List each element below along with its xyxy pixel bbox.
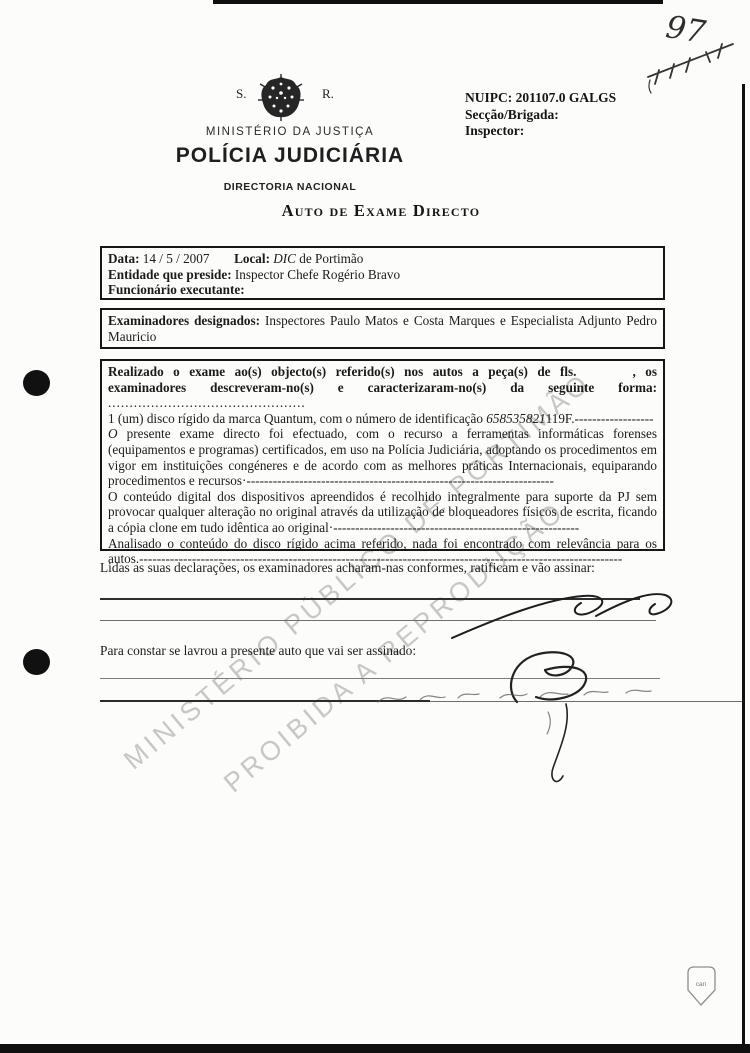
ratification-statement: Lidas as suas declarações, os examinador… <box>100 560 660 576</box>
object-dash-fill: ------------------ <box>575 411 654 426</box>
object-serial-italic: 658535821 <box>486 411 545 426</box>
location-label: Local: <box>234 251 270 266</box>
signature-line-2 <box>100 620 656 621</box>
examiners-line: Examinadores designados: Inspectores Pau… <box>108 313 657 344</box>
examiners-label: Examinadores designados: <box>108 313 260 328</box>
presiding-label: Entidade que preside: <box>108 267 232 282</box>
corner-stamp-icon: can <box>681 965 721 1009</box>
exam-description-box: Realizado o exame ao(s) objecto(s) refer… <box>100 359 665 551</box>
nuipc-field: NUIPC: 201107.0 GALGS <box>465 90 616 107</box>
scan-edge-bottom <box>0 1044 750 1053</box>
exam-intro-paragraph: Realizado o exame ao(s) objecto(s) refer… <box>108 364 657 411</box>
executor-label: Funcionário executante: <box>108 282 245 297</box>
exam-intro-dotted-fill: ........................................… <box>108 395 306 410</box>
exam-object-paragraph: 1 (um) disco rígido da marca Quantum, co… <box>108 411 657 427</box>
directorate-name: DIRECTORIA NACIONAL <box>140 181 440 193</box>
crest-row: S. R. <box>140 74 440 122</box>
coat-of-arms-icon <box>258 74 304 126</box>
exam-intro-bold-a: Realizado o exame ao(s) objecto(s) refer… <box>108 364 576 379</box>
closing-statement: Para constar se lavrou a presente auto q… <box>100 643 660 659</box>
scan-edge-top <box>213 0 663 4</box>
presiding-value: Inspector Chefe Rogério Bravo <box>235 267 400 282</box>
date-value: 14 / 5 / 2007 <box>143 251 210 266</box>
hole-punch-bottom <box>23 649 50 675</box>
signature-line-4-light <box>430 701 742 702</box>
hole-punch-top <box>23 370 50 396</box>
date-location-line: Data: 14 / 5 / 2007 Local: DIC de Portim… <box>108 251 657 267</box>
scan-edge-right <box>742 84 745 1046</box>
signature-line-4-dark <box>100 700 430 702</box>
exam-procedure-paragraph: O conteúdo digital dos dispositivos apre… <box>108 489 657 536</box>
organization-name: POLÍCIA JUDICIÁRIA <box>140 144 440 168</box>
location-abbr: DIC <box>273 251 296 266</box>
inspector-field: Inspector: <box>465 123 616 140</box>
method-lead: O <box>108 426 118 441</box>
section-brigade-field: Secção/Brigada: <box>465 107 616 124</box>
presiding-line: Entidade que preside: Inspector Chefe Ro… <box>108 267 657 283</box>
scanned-document-page: MINISTÉRIO PÚBLICO DE PORTIMÃO PROIBIDA … <box>0 0 750 1053</box>
document-header: S. R. MINISTÉRIO DA <box>140 74 440 193</box>
document-title: Auto de Exame Directo <box>100 201 662 221</box>
exam-method-paragraph: O presente exame directo foi efectuado, … <box>108 426 657 488</box>
header-right-initial: R. <box>322 86 334 102</box>
method-dash-fill: ----------------------------------------… <box>246 473 553 488</box>
executor-line: Funcionário executante: <box>108 282 657 298</box>
examiners-box: Examinadores designados: Inspectores Pau… <box>100 308 665 349</box>
signature-line-1 <box>100 598 640 600</box>
header-left-initial: S. <box>236 86 246 102</box>
handwritten-page-number: 97 <box>663 9 708 51</box>
object-description: 1 (um) disco rígido da marca Quantum, co… <box>108 411 486 426</box>
object-serial-rest: 119F. <box>546 411 575 426</box>
procedure-dash-fill: ----------------------------------------… <box>333 520 579 535</box>
signature-line-3 <box>100 678 660 679</box>
identification-box: Data: 14 / 5 / 2007 Local: DIC de Portim… <box>100 246 665 300</box>
corner-stamp-text: can <box>696 981 707 988</box>
ministry-name: MINISTÉRIO DA JUSTIÇA <box>140 126 440 138</box>
location-value: de Portimão <box>299 251 363 266</box>
case-reference-block: NUIPC: 201107.0 GALGS Secção/Brigada: In… <box>465 90 616 140</box>
date-label: Data: <box>108 251 140 266</box>
